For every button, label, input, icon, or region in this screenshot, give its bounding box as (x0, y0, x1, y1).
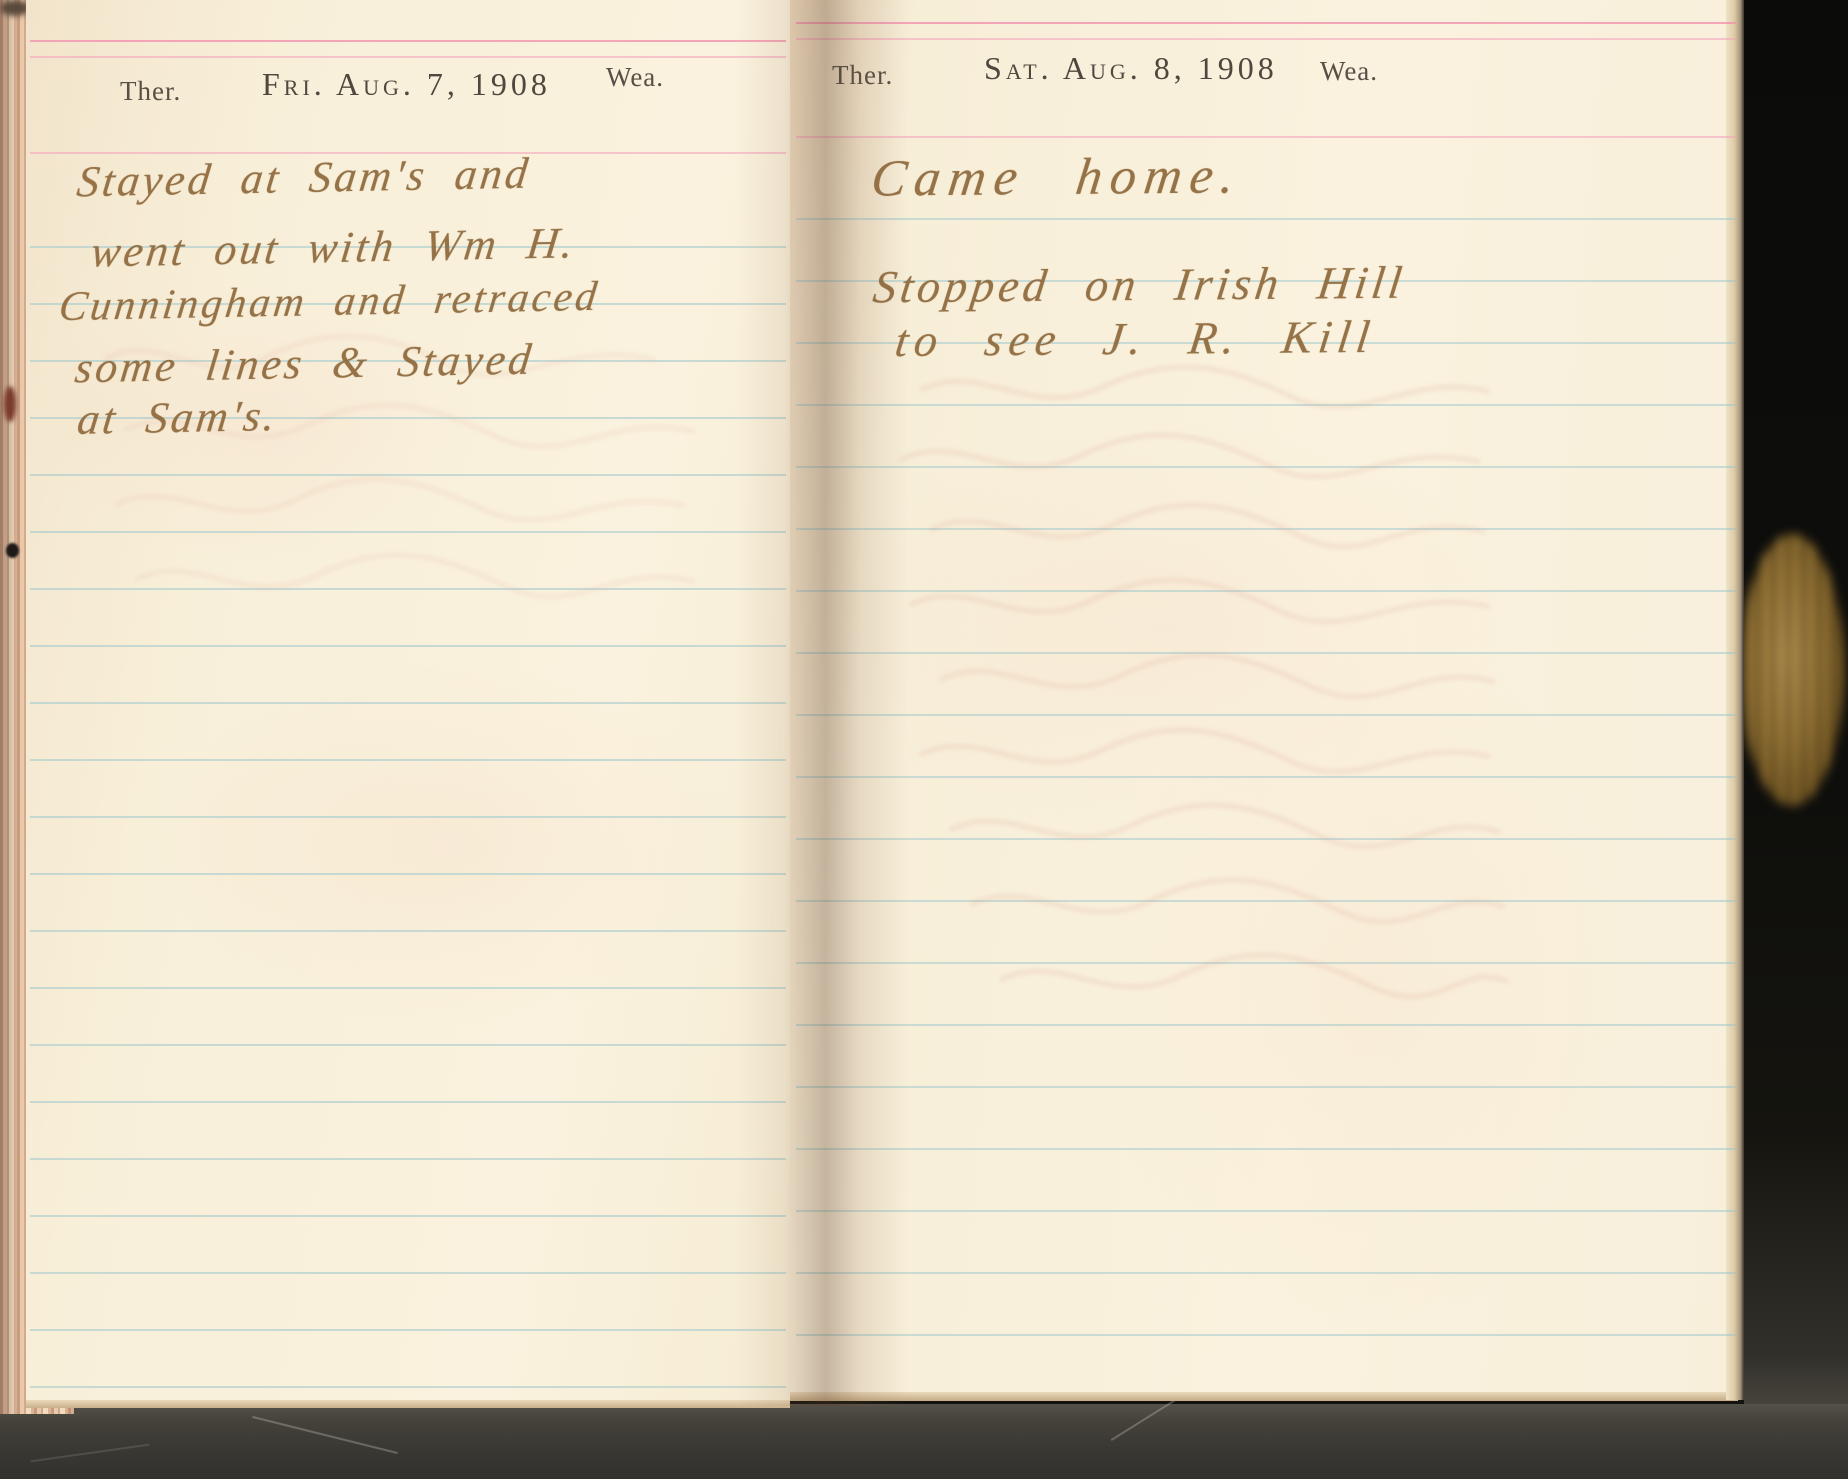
right-date-label: Sat. Aug. 8, 1908 (984, 50, 1278, 87)
diary-scan: Ther. Fri. Aug. 7, 1908 Wea. Ther. Sat. … (0, 0, 1848, 1479)
diary-entry-line: Came home. (868, 146, 1246, 208)
scan-background (0, 1404, 1848, 1479)
pink-rule (30, 40, 786, 42)
left-ther-label: Ther. (120, 76, 181, 107)
pink-rule (796, 22, 1736, 24)
diary-entry-line: to see J. R. Kill (892, 310, 1379, 367)
left-wea-label: Wea. (606, 62, 664, 93)
ink-speck (4, 386, 16, 422)
right-wea-label: Wea. (1320, 56, 1378, 87)
diary-entry-line: went out with Wm H. (88, 217, 579, 277)
pink-rule (796, 38, 1736, 40)
left-date-label: Fri. Aug. 7, 1908 (262, 66, 551, 103)
ink-speck (6, 543, 19, 558)
pink-rule (30, 56, 786, 58)
diary-entry-line: some lines & Stayed (72, 334, 536, 394)
ghost-writing (860, 360, 1510, 1040)
diary-entry-line: Stayed at Sam's and (74, 148, 533, 208)
diary-entry-line: at Sam's. (75, 390, 281, 445)
diary-entry-line: Stopped on Irish Hill (870, 256, 1409, 314)
page-gutter-shadow (736, 0, 908, 1406)
pink-rule (796, 136, 1736, 138)
book-clasp-icon (1740, 534, 1844, 806)
